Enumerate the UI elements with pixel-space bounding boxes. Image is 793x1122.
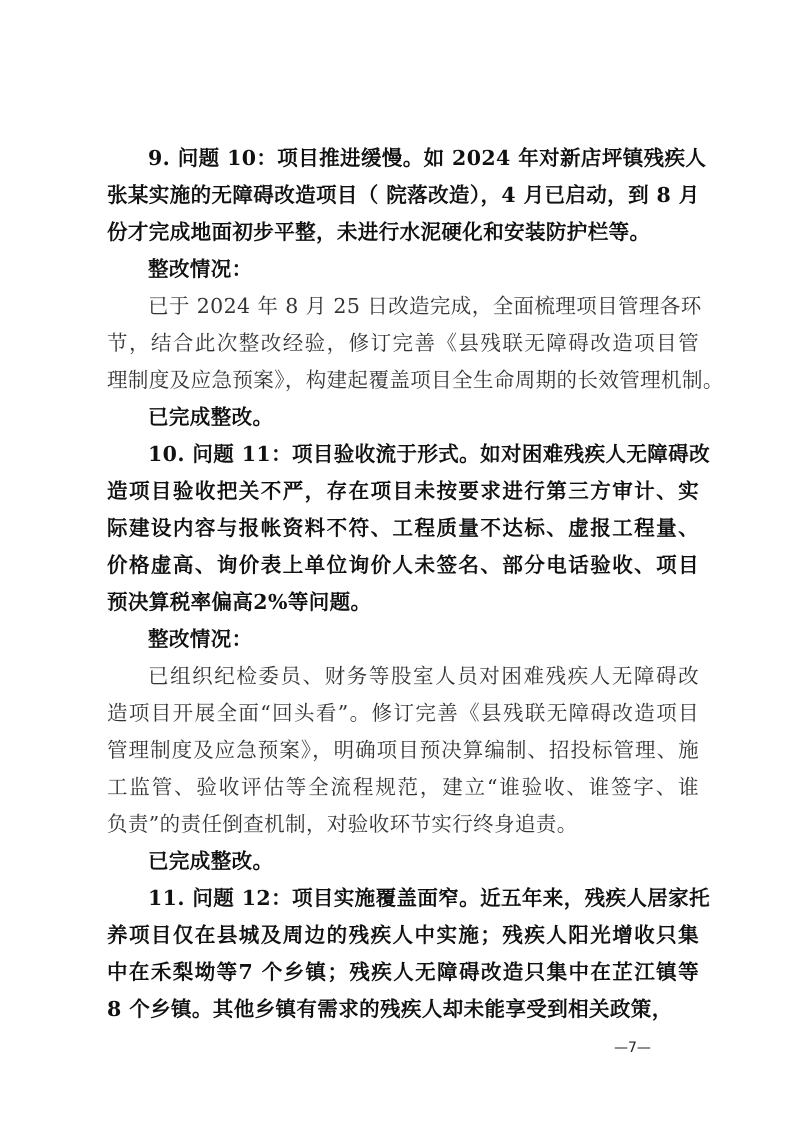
page-number: —7— <box>614 1040 651 1056</box>
rectification-10: 已于 2024 年 8 月 25 日改造完成，全面梳理项目管理各环 节，结合此次… <box>107 288 699 399</box>
document-body: 9. 问题 10：项目推进缓慢。如 2024 年对新店坪镇残疾人 张某实施的无障… <box>107 140 699 1028</box>
issue-line: 份才完成地面初步平整，未进行水泥硬化和安装防护栏等。 <box>107 214 699 251</box>
rectification-line: 已组织纪检委员、财务等股室人员对困难残疾人无障碍改 <box>107 658 699 695</box>
rectification-heading: 整改情况： <box>107 251 699 288</box>
status-completed: 已完成整改。 <box>107 843 699 880</box>
issue-line: 养项目仅在县城及周边的残疾人中实施；残疾人阳光增收只集 <box>107 917 699 954</box>
issue-line: 际建设内容与报帐资料不符、工程质量不达标、虚报工程量、 <box>107 510 699 547</box>
issue-line: 9. 问题 10：项目推进缓慢。如 2024 年对新店坪镇残疾人 <box>107 140 699 177</box>
issue-11: 10. 问题 11：项目验收流于形式。如对困难残疾人无障碍改 造项目验收把关不严… <box>107 436 699 621</box>
issue-line: 张某实施的无障碍改造项目（ 院落改造），4 月已启动，到 8 月 <box>107 177 699 214</box>
rectification-line: 理制度及应急预案》，构建起覆盖项目全生命周期的长效管理机制。 <box>107 362 699 399</box>
status-completed: 已完成整改。 <box>107 399 699 436</box>
issue-line: 中在禾梨坳等7 个乡镇；残疾人无障碍改造只集中在芷江镇等 <box>107 954 699 991</box>
issue-line: 11. 问题 12：项目实施覆盖面窄。近五年来，残疾人居家托 <box>107 880 699 917</box>
rectification-line: 造项目开展全面“回头看”。修订完善《县残联无障碍改造项目 <box>107 695 699 732</box>
rectification-line: 已于 2024 年 8 月 25 日改造完成，全面梳理项目管理各环 <box>107 288 699 325</box>
rectification-line: 节，结合此次整改经验，修订完善《县残联无障碍改造项目管 <box>107 325 699 362</box>
rectification-11: 已组织纪检委员、财务等股室人员对困难残疾人无障碍改 造项目开展全面“回头看”。修… <box>107 658 699 843</box>
issue-line: 预决算税率偏高2%等问题。 <box>107 584 699 621</box>
issue-line: 价格虚高、询价表上单位询价人未签名、部分电话验收、项目 <box>107 547 699 584</box>
rectification-heading: 整改情况： <box>107 621 699 658</box>
issue-12: 11. 问题 12：项目实施覆盖面窄。近五年来，残疾人居家托 养项目仅在县城及周… <box>107 880 699 1028</box>
issue-line: 造项目验收把关不严，存在项目未按要求进行第三方审计、实 <box>107 473 699 510</box>
rectification-line: 负责”的责任倒查机制，对验收环节实行终身追责。 <box>107 806 699 843</box>
rectification-line: 管理制度及应急预案》，明确项目预决算编制、招投标管理、施 <box>107 732 699 769</box>
issue-line: 10. 问题 11：项目验收流于形式。如对困难残疾人无障碍改 <box>107 436 699 473</box>
issue-line: 8 个乡镇。其他乡镇有需求的残疾人却未能享受到相关政策， <box>107 991 699 1028</box>
issue-10: 9. 问题 10：项目推进缓慢。如 2024 年对新店坪镇残疾人 张某实施的无障… <box>107 140 699 251</box>
rectification-line: 工监管、验收评估等全流程规范，建立“谁验收、谁签字、谁 <box>107 769 699 806</box>
